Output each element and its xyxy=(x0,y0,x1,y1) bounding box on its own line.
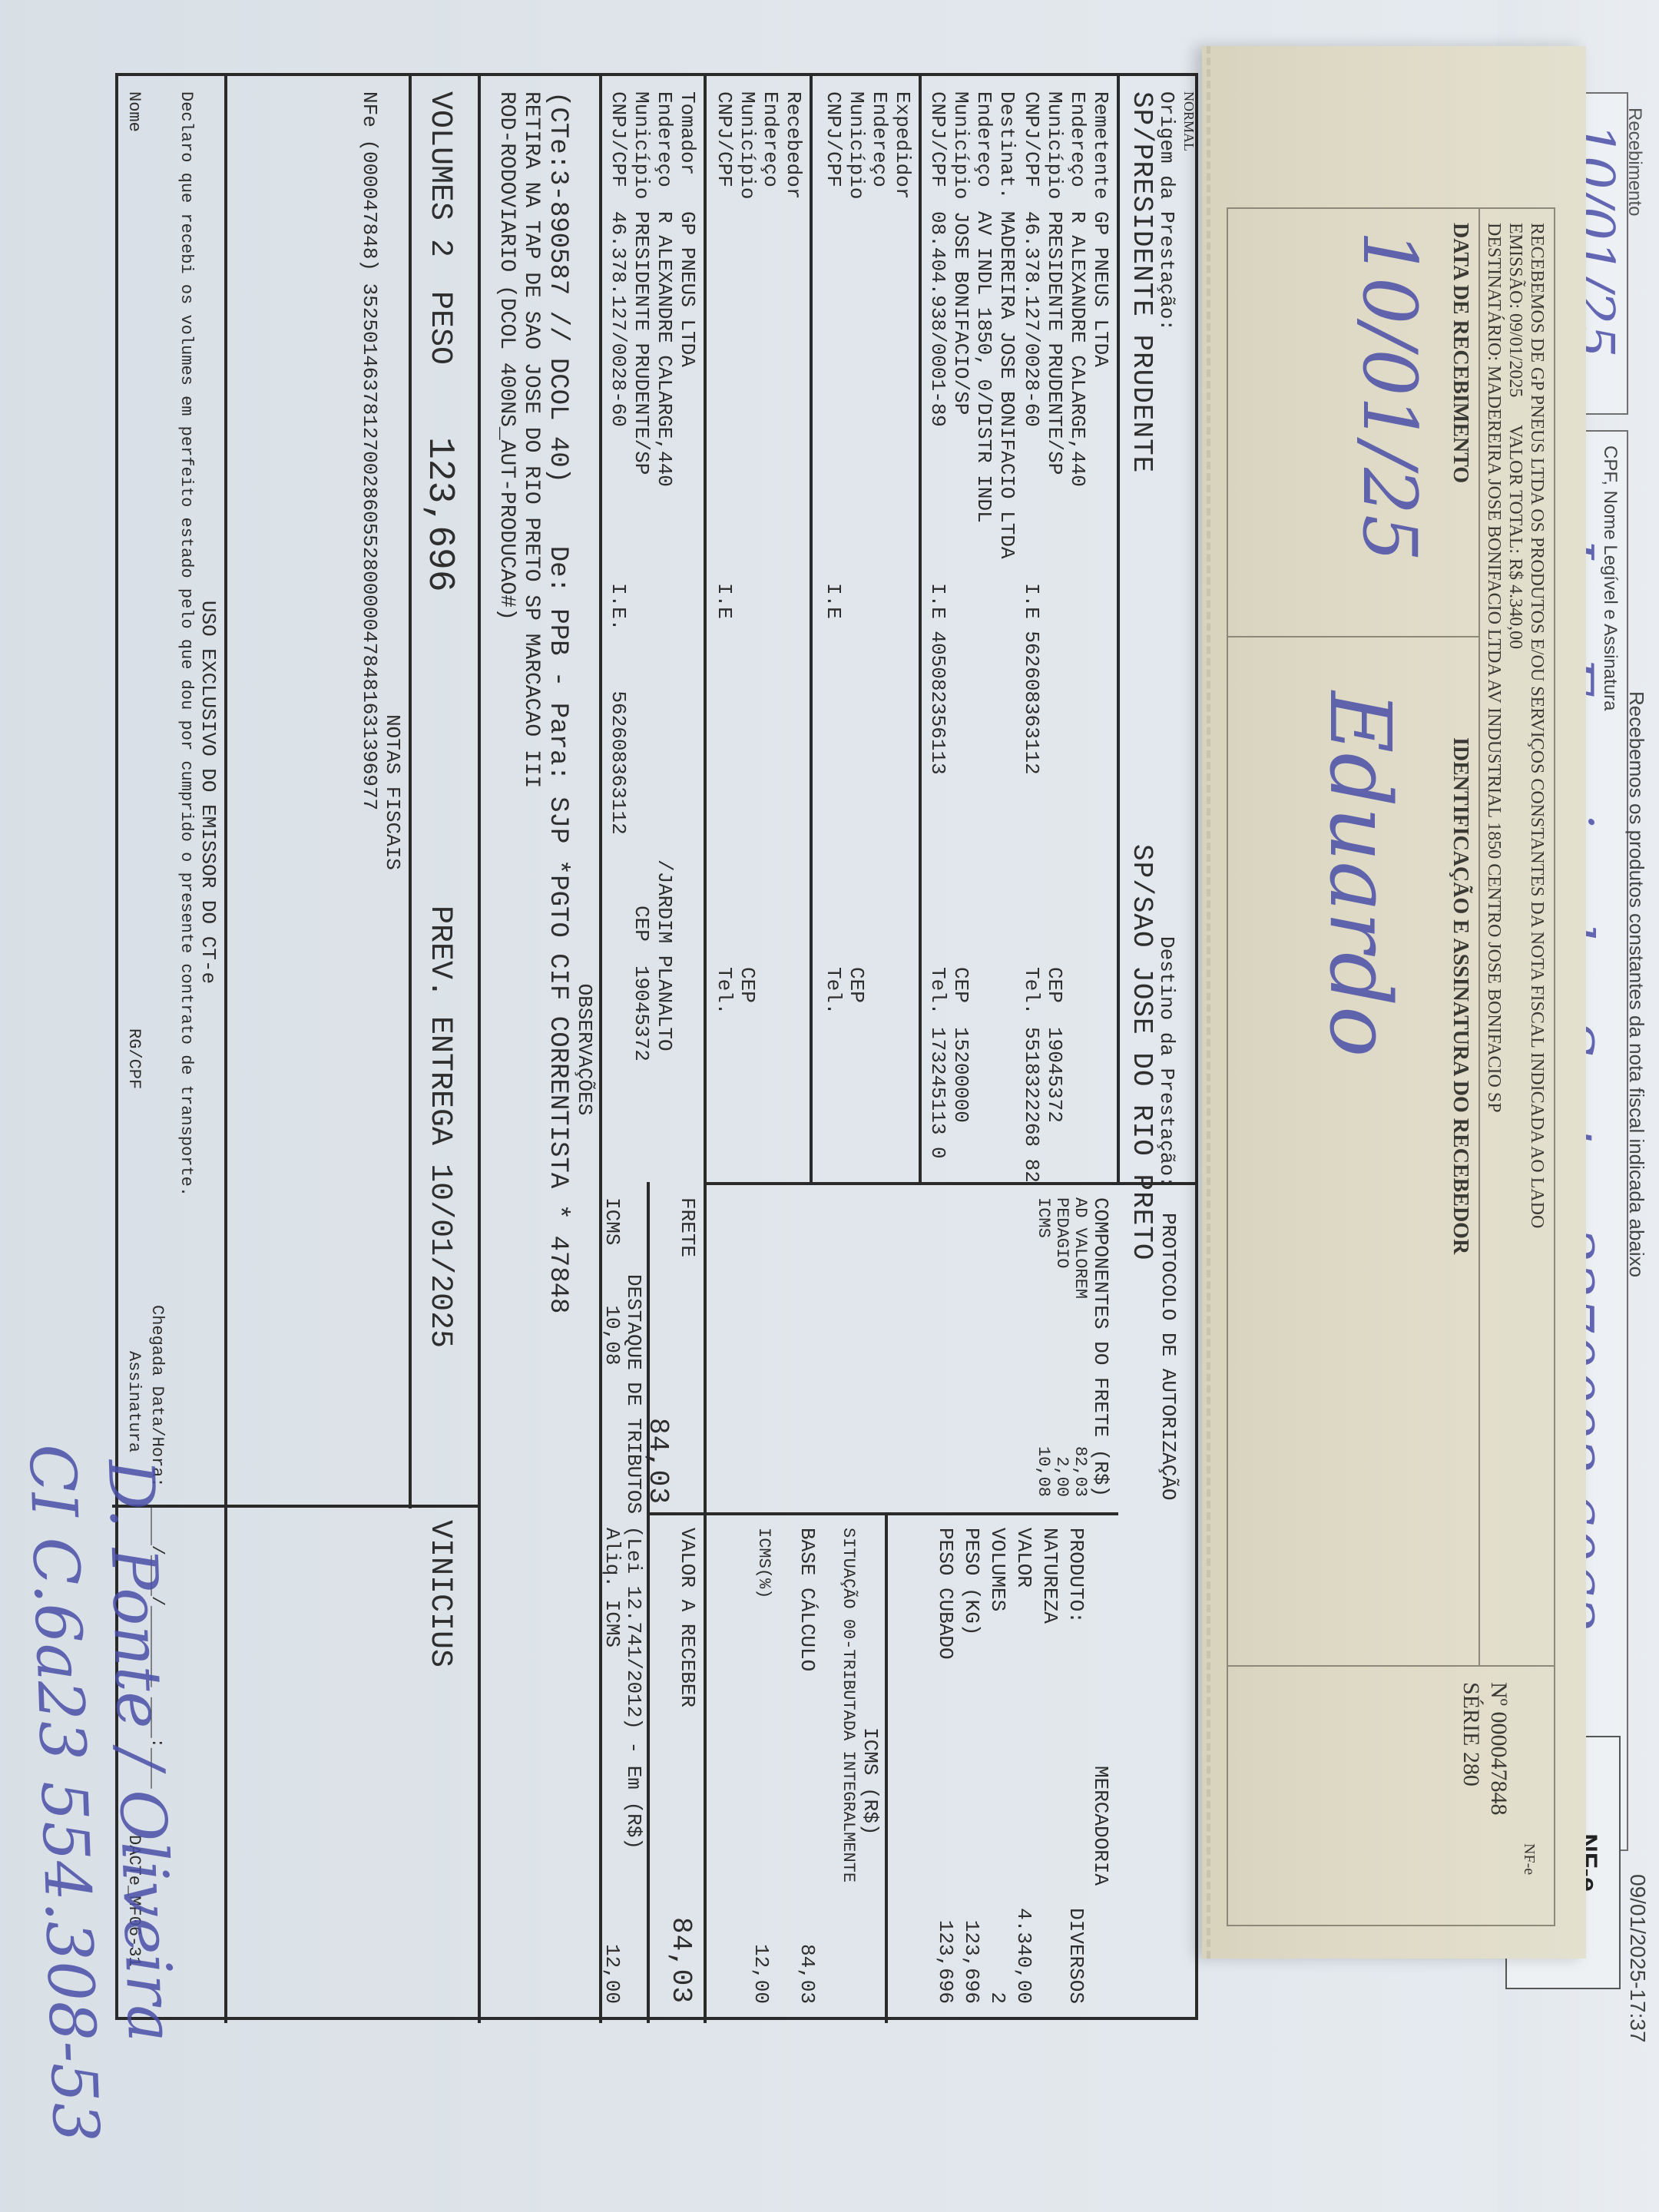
componente-value: 2,00 xyxy=(1052,1382,1071,1497)
resumo-volumes: 2 xyxy=(422,239,457,257)
mercadoria-title: MERCADORIA xyxy=(1089,1766,1112,1886)
componentes-title: COMPONENTES DO FRETE (R$) xyxy=(1089,1197,1112,1497)
valor-receber-value: 84,03 xyxy=(665,1843,696,2004)
tomador-cnpj: 46.378.127/0028-60 xyxy=(607,211,630,427)
tomador-nome: GP PNEUS LTDA xyxy=(676,211,699,367)
valor-receber-label: VALOR A RECEBER xyxy=(676,1528,699,1707)
remetente-cep: 19045372 xyxy=(1043,1027,1066,1123)
remetente-row: Remetente GP PNEUS LTDA xyxy=(1089,91,1112,367)
mercadoria-row-label: VOLUMES xyxy=(986,1528,1009,1611)
stub-nfe-number: Nº 000047848 xyxy=(1488,1682,1509,1815)
destinatario-cnpj: 08.404.938/0001-89 xyxy=(926,211,949,427)
receipt-header-text: Recebemos os produtos constantes da nota… xyxy=(1624,691,1648,1277)
destino-label: Destino da Prestação: xyxy=(1155,936,1178,1188)
tomador-bairro: /JARDIM PLANALTO xyxy=(653,859,676,1051)
tributos-icms-value: 10,08 xyxy=(601,1305,624,1365)
observacoes-title: OBSERVAÇÕES xyxy=(573,76,596,2023)
nfe-receipt-stub: RECEBEMOS DE GP PNEUS LTDA OS PRODUTOS E… xyxy=(1202,46,1586,1959)
icms-base-value: 84,03 xyxy=(796,1843,819,2004)
remetente-ie: 562608363112 xyxy=(1020,631,1043,774)
icms-aliq-value: 12,00 xyxy=(750,1843,773,2004)
observacoes-line3: ROD-RODOVIARIO (DCOL 400NS_AUT-PRODUCAO#… xyxy=(495,91,518,621)
rotated-document-page: Recebimento 10/01/25 Recebemos os produt… xyxy=(0,0,1659,2212)
icms-situacao: SITUAÇÃO 00-TRIBUTADA INTEGRALMENTE xyxy=(839,1528,857,1883)
remetente-tel: 5518322268 82 xyxy=(1020,1027,1043,1183)
destinatario-cep: 15200000 xyxy=(949,1027,972,1123)
rg-cpf-label: RG/CPF xyxy=(124,1028,143,1089)
destinatario-municipio: JOSE BONIFACIO/SP xyxy=(949,211,972,415)
destinatario-ie: 405082356113 xyxy=(926,631,949,774)
receiver-signature[interactable]: Eduardo xyxy=(1311,691,1409,1057)
print-timestamp: 09/01/2025-17:37 xyxy=(1625,1874,1650,2043)
mercadoria-row-label: PRODUTO: xyxy=(1065,1528,1088,1624)
destinatario-nome: MADEREIRA JOSE BONIFACIO LTDA xyxy=(995,211,1018,558)
remetente-cnpj: 46.378.127/0028-60 xyxy=(1020,211,1043,427)
tributos-aliq-value: 12,00 xyxy=(601,1843,624,2004)
tomador-ie: 562608363112 xyxy=(607,690,630,834)
notas-fiscais-entry: NFe (000047848) 352501463781270028605528… xyxy=(358,91,381,810)
resumo-prev-entrega: 10/01/2025 xyxy=(422,1164,457,1348)
stub-serie: SÉRIE 280 xyxy=(1460,1682,1482,1786)
componente-label: AD VALOREM xyxy=(1071,1197,1089,1299)
perforation-line xyxy=(1207,46,1210,1959)
nome-label: Nome xyxy=(124,91,143,132)
stub-valor-total: 4.340,00 xyxy=(1505,584,1525,649)
mercadoria-row-value: DIVERSOS xyxy=(1065,1804,1088,2004)
mercadoria-row-label: PESO CUBADO xyxy=(934,1528,957,1660)
mercadoria-row-value: 2 xyxy=(986,1804,1009,2004)
assinatura-label: Assinatura xyxy=(124,1351,143,1452)
mercadoria-row-label: PESO (KG) xyxy=(960,1528,983,1635)
tributos-title: DESTAQUE DE TRIBUTOS (Lei 12.741/2012) -… xyxy=(622,1274,645,1849)
resumo-responsavel: VINICIUS xyxy=(422,1520,456,1667)
stub-emissao: 09/01/2025 xyxy=(1505,313,1525,397)
mercadoria-row-label: NATUREZA xyxy=(1038,1528,1061,1624)
stub-nfe-label: NF-e xyxy=(1518,1843,1540,1875)
componente-value: 82,03 xyxy=(1071,1382,1089,1497)
dacte-form: NORMAL Origem da Prestação: SP/PRESIDENT… xyxy=(115,73,1198,2020)
resumo-peso: 123,696 xyxy=(422,437,456,592)
data-recebimento-handwritten[interactable]: 10/01/25 xyxy=(1346,230,1432,561)
protocolo-label: PROTOCOLO DE AUTORIZAÇÃO xyxy=(1157,1213,1180,1500)
mercadoria-row-value: 123,696 xyxy=(960,1804,983,2004)
componente-value: 10,08 xyxy=(1034,1382,1052,1497)
stub-destinatario: DESTINATÁRIO: MADEREIRA JOSE BONIFACIO L… xyxy=(1483,223,1505,1113)
remetente-endereco: R ALEXANDRE CALARGE,440 xyxy=(1066,211,1089,487)
mercadoria-row-label: VALOR xyxy=(1012,1528,1035,1588)
destinatario-tel: 173245113 0 xyxy=(926,1027,949,1159)
observacoes-line1: (CTe:3-890587 // DCOL 40) De: PPB - Para… xyxy=(541,91,575,1313)
expedidor-label: Expedidor xyxy=(891,91,914,199)
origem-value: SP/PRESIDENTE PRUDENTE xyxy=(1126,91,1157,473)
componente-label: ICMS xyxy=(1034,1197,1052,1238)
icms-title: ICMS (R$) xyxy=(859,1727,882,1835)
data-recebimento-label: DATA DE RECEBIMENTO xyxy=(1449,223,1471,483)
origem-label: Origem da Prestação: xyxy=(1155,91,1178,331)
mercadoria-row-value: 123,696 xyxy=(934,1804,957,2004)
declaracao-text: Declaro que recebi os volumes em perfeit… xyxy=(177,91,195,1197)
frete-label: FRETE xyxy=(676,1197,699,1257)
destinatario-endereco: AV INDL 1850, 0/DISTR INDL xyxy=(972,211,995,523)
tomador-municipio: PRESIDENTE PRUDENTE/SP xyxy=(630,211,653,475)
notas-fiscais-title: NOTAS FISCAIS xyxy=(381,76,404,1508)
observacoes-line2: RETIRA NA TAP DE SAO JOSE DO RIO PRETO S… xyxy=(519,91,542,788)
mercadoria-row-value: 4.340,00 xyxy=(1012,1804,1035,2004)
identificacao-label: IDENTIFICAÇÃO E ASSINATURA DO RECEBEDOR xyxy=(1449,737,1471,1254)
tomador-endereco: R ALEXANDRE CALARGE,440 xyxy=(653,211,676,487)
tomador-cep: 19045372 xyxy=(630,965,653,1061)
remetente-municipio: PRESIDENTE PRUDENTE/SP xyxy=(1043,211,1066,475)
stub-received-text: RECEBEMOS DE GP PNEUS LTDA OS PRODUTOS E… xyxy=(1526,223,1548,1228)
recebedor-label: Recebedor xyxy=(782,91,805,199)
componente-label: PEDAGIO xyxy=(1052,1197,1071,1268)
uso-exclusivo-title: USO EXCLUSIVO DO EMISSOR DO CT-e xyxy=(197,76,220,1508)
destino-value: SP/SAO JOSE DO RIO PRETO xyxy=(1126,844,1157,1260)
dacte-tipo: NORMAL xyxy=(1181,91,1197,151)
